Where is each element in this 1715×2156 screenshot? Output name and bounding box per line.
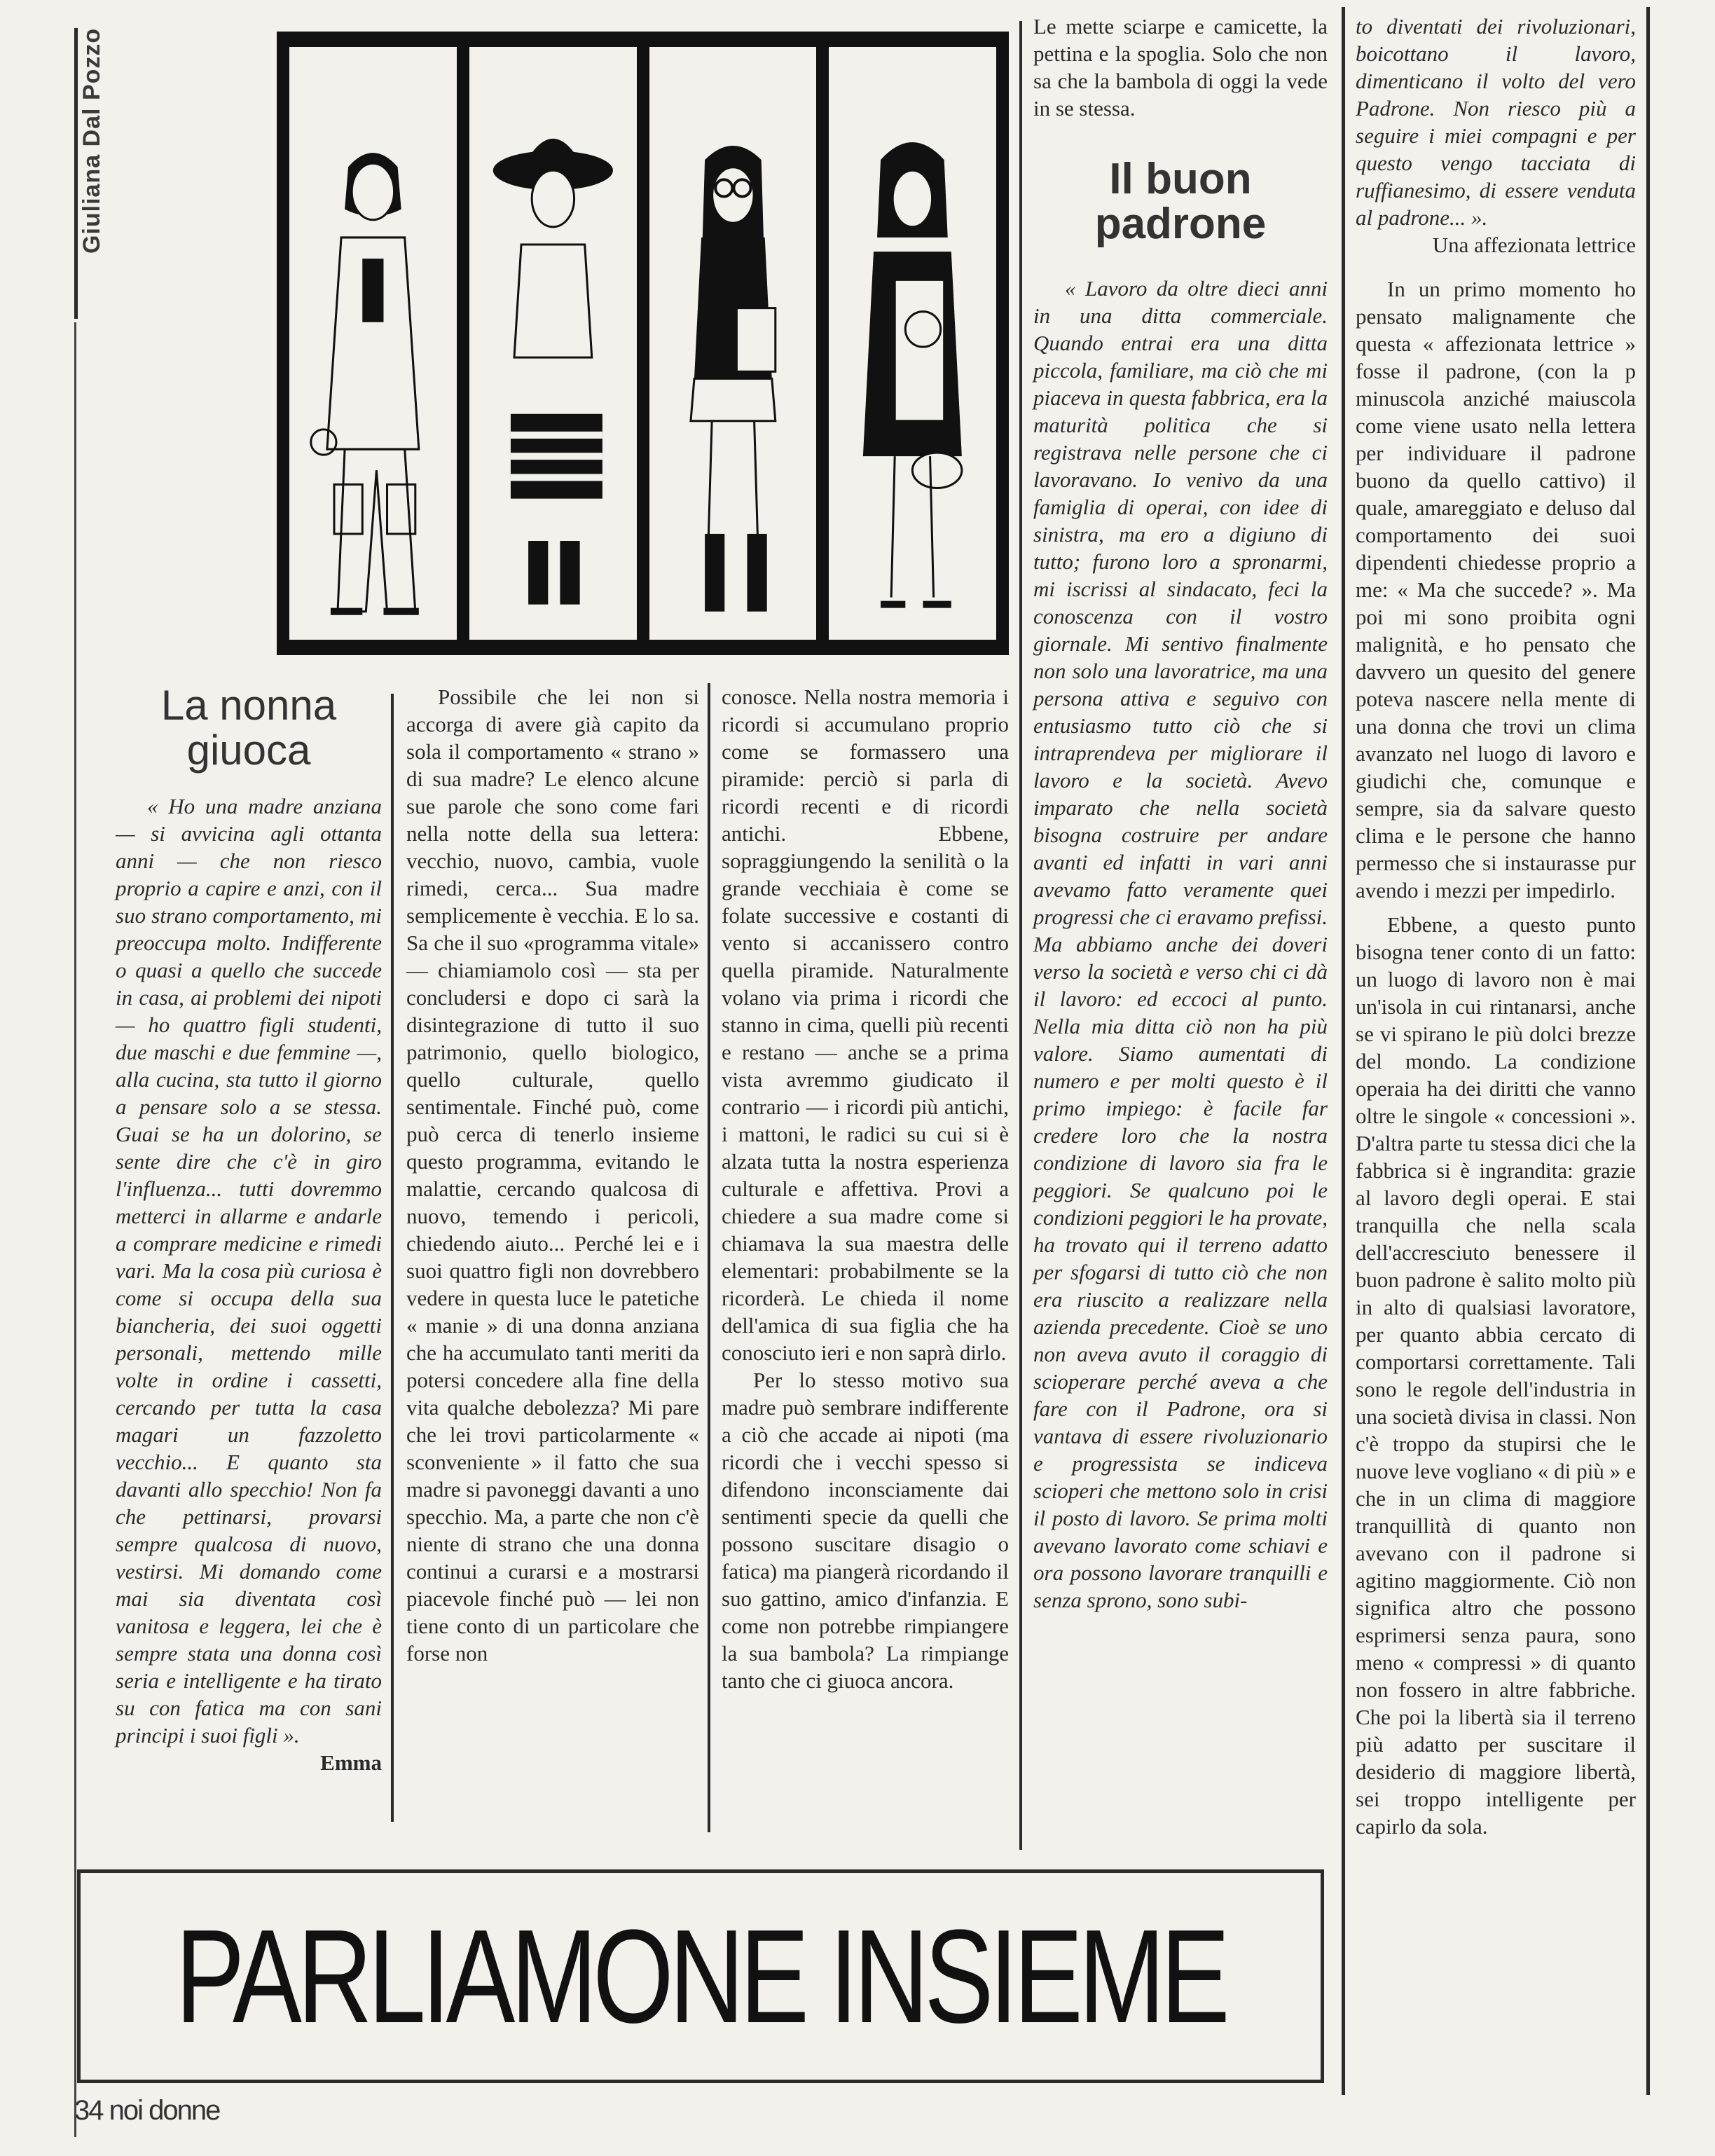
reader-letter-lettrice: « Lavoro da oltre dieci anni in una ditt… [1033, 275, 1328, 1614]
section-banner: PARLIAMONE INSIEME [77, 1869, 1324, 2083]
page-footer: 34 noi donne [74, 2095, 219, 2127]
column-rule-3 [1019, 21, 1022, 1850]
page-number: 34 [74, 2095, 103, 2126]
headline-la-nonna-giuoca: La nonna giuoca [116, 683, 382, 773]
reader-letter-emma: « Ho una madre anziana — si avvicina agl… [116, 792, 382, 1749]
reply-paragraph-end: Le mette sciarpe e camicette, la pettina… [1033, 13, 1328, 122]
reply-column-3: conosce. Nella nostra memoria i ricordi … [722, 683, 1009, 1694]
headline-line-1: La nonna [161, 682, 336, 729]
headline-line-1: Il buon [1109, 155, 1251, 203]
reply-paragraph-2: Ebbene, a questo punto bisogna tener con… [1356, 911, 1636, 1840]
reply-column-2: Possibile che lei non si accorga di aver… [406, 683, 699, 1667]
illustration-panel-hat [469, 47, 637, 640]
illustration-four-women [277, 32, 1009, 655]
left-margin-rule [74, 322, 76, 2137]
woman-with-glasses-icon [649, 47, 817, 640]
woman-with-hat-icon [469, 47, 637, 640]
byline-rule [74, 28, 78, 319]
column-5: to diventati dei rivoluzionari, boicotta… [1356, 13, 1636, 1840]
illustration-panel-apron [829, 47, 996, 640]
woman-with-child-icon [829, 47, 996, 640]
magazine-name: noi donne [109, 2095, 220, 2126]
reader-letter-continued: to diventati dei rivoluzionari, boicotta… [1356, 13, 1636, 231]
column-rule-1 [391, 694, 394, 1822]
column-rule-2 [708, 683, 710, 1832]
reply-paragraph-2: Per lo stesso motivo sua madre può sembr… [722, 1366, 1009, 1694]
column-4: Le mette sciarpe e camicette, la pettina… [1033, 13, 1328, 1614]
illustration-panel-worker [289, 47, 457, 640]
headline-line-2: giuoca [187, 727, 311, 774]
reply-paragraph-1: In un primo momento ho pensato maligname… [1356, 275, 1636, 904]
reply-paragraph: Possibile che lei non si accorga di aver… [406, 683, 699, 1667]
headline-line-2: padrone [1095, 200, 1267, 248]
banner-title: PARLIAMONE INSIEME [176, 1910, 1226, 2043]
woman-worker-icon [289, 47, 457, 640]
letter-signature-lettrice: Una affezionata lettrice [1356, 231, 1636, 259]
illustration-panel-glasses [649, 47, 817, 640]
headline-il-buon-padrone: Il buon padrone [1033, 157, 1328, 247]
author-byline: Giuliana Dal Pozzo [78, 28, 128, 322]
reply-paragraph-continued: conosce. Nella nostra memoria i ricordi … [722, 683, 1009, 1366]
article-la-nonna-giuoca: La nonna giuoca « Ho una madre anziana —… [116, 683, 382, 1776]
letter-signature-emma: Emma [116, 1749, 382, 1776]
